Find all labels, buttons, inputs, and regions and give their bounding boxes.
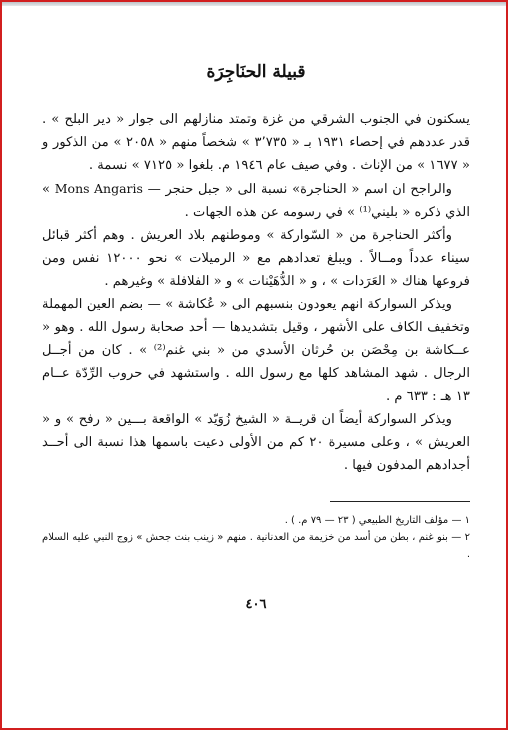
footnote-separator [330,501,470,502]
latin-term: Mons Angaris [55,181,143,196]
page-title: قبيلة الحنَاجِرَة [42,62,470,82]
window-top-edge [2,2,506,6]
paragraph-2-text-a: والراجح ان اسم « الحناجرة» نسبة الى « جب… [143,182,452,197]
footnote-1: ١ — مؤلف التاريخ الطبيعي ( ٢٣ — ٧٩ م. ) … [42,512,470,529]
paragraph-3: وأكثر الحناجرة من « السّواركة » وموطنهم … [42,224,470,293]
paragraph-5: ويذكر السواركة أيضاً ان قريــة « الشيخ ز… [42,408,470,477]
page-number: ٤٠٦ [42,597,470,612]
paragraph-1: يسكنون في الجنوب الشرقي من غزة وتمتد منا… [42,108,470,177]
footnote-2: ٢ — بنو غنم ، بطن من أسد من خزيمة من الع… [42,529,470,563]
scanned-page: قبيلة الحنَاجِرَة يسكنون في الجنوب الشرق… [42,62,470,612]
paragraph-4: ويذكر السواركة انهم يعودون بنسبهم الى « … [42,293,470,408]
paragraph-2: والراجح ان اسم « الحناجرة» نسبة الى « جب… [42,177,470,224]
document-viewer-frame: قبيلة الحنَاجِرَة يسكنون في الجنوب الشرق… [0,0,508,730]
